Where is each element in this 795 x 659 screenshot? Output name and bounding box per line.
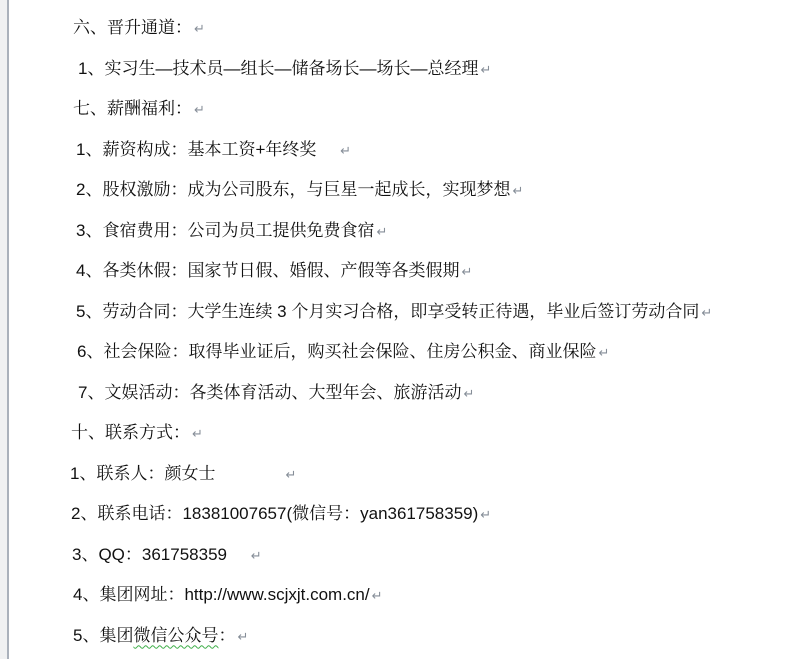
document-text-area[interactable]: 六、晋升通道：↵1、实习生—技术员—组长—储备场长—场长—总经理↵七、薪酬福利：… (0, 8, 795, 656)
paragraph-line[interactable]: 3、食宿费用：公司为员工提供免费食宿↵ (0, 211, 795, 252)
paragraph-line[interactable]: 6、社会保险：取得毕业证后，购买社会保险、住房公积金、商业保险↵ (0, 332, 795, 373)
paragraph-mark-icon: ↵ (192, 21, 205, 36)
text-run: 7、文娱活动：各类体育活动、大型年会、旅游活动 (78, 383, 461, 402)
paragraph-line[interactable]: 2、联系电话：18381007657(微信号：yan361758359)↵ (0, 494, 795, 535)
text-run: 1、联系人：颜女士 (70, 464, 283, 483)
paragraph-line[interactable]: 7、文娱活动：各类体育活动、大型年会、旅游活动↵ (0, 373, 795, 414)
paragraph-line[interactable]: 5、集团微信公众号：↵ (0, 616, 795, 657)
text-run: 2、联系电话：18381007657(微信号：yan361758359) (71, 504, 478, 523)
paragraph-line[interactable]: 5、劳动合同：大学生连续 3 个月实习合格，即享受转正待遇，毕业后签订劳动合同↵ (0, 292, 795, 333)
paragraph-mark-icon: ↵ (235, 629, 248, 644)
paragraph-mark-icon: ↵ (478, 507, 491, 522)
paragraph-mark-icon: ↵ (478, 62, 491, 77)
paragraph-mark-icon: ↵ (190, 426, 203, 441)
paragraph-mark-icon: ↵ (461, 386, 474, 401)
paragraph-line[interactable]: 1、实习生—技术员—组长—储备场长—场长—总经理↵ (0, 49, 795, 90)
text-run: 4、各类休假：国家节日假、婚假、产假等各类假期 (76, 261, 459, 280)
paragraph-mark-icon: ↵ (374, 224, 387, 239)
paragraph-line[interactable]: 4、各类休假：国家节日假、婚假、产假等各类假期↵ (0, 251, 795, 292)
paragraph-mark-icon: ↵ (249, 548, 262, 563)
text-run: 4、集团网址：http://www.scjxjt.com.cn/ (73, 585, 370, 604)
text-run: 6、社会保险：取得毕业证后，购买社会保险、住房公积金、商业保险 (77, 342, 596, 361)
text-run: 七、薪酬福利： (73, 99, 192, 118)
text-run: 5、劳动合同：大学生连续 3 个月实习合格，即享受转正待遇，毕业后签订劳动合同 (76, 302, 699, 321)
text-run: 3、QQ：361758359 (72, 545, 249, 564)
paragraph-mark-icon: ↵ (459, 264, 472, 279)
text-run: 十、联系方式： (71, 423, 190, 442)
paragraph-mark-icon: ↵ (283, 467, 296, 482)
text-run: ： (218, 626, 235, 645)
paragraph-line[interactable]: 1、联系人：颜女士 ↵ (0, 454, 795, 495)
paragraph-mark-icon: ↵ (338, 143, 351, 158)
paragraph-line[interactable]: 3、QQ：361758359 ↵ (0, 535, 795, 576)
paragraph-line[interactable]: 2、股权激励：成为公司股东，与巨星一起成长，实现梦想↵ (0, 170, 795, 211)
paragraph-mark-icon: ↵ (596, 345, 609, 360)
paragraph-mark-icon: ↵ (192, 102, 205, 117)
text-run: 1、薪资构成：基本工资+年终奖 (76, 140, 338, 159)
paragraph-line[interactable]: 十、联系方式：↵ (0, 413, 795, 454)
text-run: 3、食宿费用：公司为员工提供免费食宿 (76, 221, 374, 240)
grammar-flagged-run: 微信公众号 (133, 626, 218, 645)
text-run: 1、实习生—技术员—组长—储备场长—场长—总经理 (78, 59, 478, 78)
paragraph-line[interactable]: 1、薪资构成：基本工资+年终奖 ↵ (0, 130, 795, 171)
paragraph-line[interactable]: 七、薪酬福利：↵ (0, 89, 795, 130)
text-run: 2、股权激励：成为公司股东，与巨星一起成长，实现梦想 (76, 180, 510, 199)
paragraph-line[interactable]: 4、集团网址：http://www.scjxjt.com.cn/↵ (0, 575, 795, 616)
paragraph-mark-icon: ↵ (699, 305, 712, 320)
paragraph-mark-icon: ↵ (370, 588, 383, 603)
paragraph-mark-icon: ↵ (510, 183, 523, 198)
paragraph-line[interactable]: 六、晋升通道：↵ (0, 8, 795, 49)
word-document-page: 六、晋升通道：↵1、实习生—技术员—组长—储备场长—场长—总经理↵七、薪酬福利：… (0, 0, 795, 659)
text-run: 六、晋升通道： (73, 18, 192, 37)
text-run: 5、集团 (73, 626, 133, 645)
